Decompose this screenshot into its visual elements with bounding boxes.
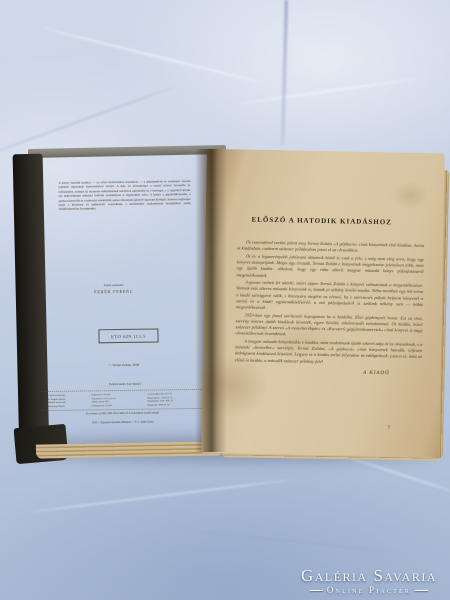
preface-heading: ELŐSZÓ A HATODIK KIADÁSHOZ (252, 216, 402, 227)
imprint-line: Romhányi Károly (34, 405, 78, 409)
preface-paragraph: A magyar műszaki könyvkiadás e kiadást, … (235, 338, 422, 366)
fabric-crease (180, 529, 399, 554)
left-page-paragraph: A könyv hatodik kiadása — az előző kiadá… (58, 179, 190, 212)
preface-body: Öt esztendővel ezelőtt jelent meg Ternai… (235, 239, 425, 378)
publisher-signature: A KIADÓ (235, 368, 422, 378)
watermark-subtitle-row: Online Piactér (301, 585, 437, 595)
imprint-column-print-specs: Papírméret: 70×100 Terjedelem: 35¾ (A/5)… (91, 393, 143, 409)
publisher-line: Felelős kiadó: Solt Sándor (109, 382, 141, 386)
preface-paragraph: 1953-ban egy fiatal szerkesztő kopogtato… (235, 312, 422, 340)
imprint-line: Példányszám: 25 000 (91, 404, 143, 408)
right-page: ELŐSZÓ A HATODIK KIADÁSHOZ Öt esztendőve… (201, 149, 445, 458)
watermark-title: Galéria Savaria (301, 567, 437, 585)
watermark-rule (415, 590, 428, 591)
eto-code-box: ETO 629.113.5 (98, 328, 158, 343)
fabric-crease (241, 77, 420, 104)
watermark-subtitle: Online Piactér (327, 585, 411, 595)
standards-line: Ez a könyv az MSZ 5601-54 és 5602-55 Á s… (44, 411, 202, 416)
watermark: Galéria Savaria Online Piactér (301, 567, 437, 595)
fabric-crease (31, 479, 289, 513)
watermark-rule (310, 590, 323, 591)
page-number: 5 (388, 424, 390, 429)
fabric-crease (43, 27, 267, 85)
preface-paragraph: Öt év a legszerényebb jubileumi dátumok … (236, 253, 423, 281)
left-page: A könyv hatodik kiadása — az előző kiadá… (30, 152, 212, 450)
editor-block: Felelős szerkesztő: FEHÉR FERENC (84, 284, 144, 294)
open-book: A könyv hatodik kiadása — az előző kiadá… (14, 146, 444, 468)
book-gutter-shadow (195, 149, 227, 452)
photo-background: { "scene": { "description": "Open vintag… (0, 0, 450, 600)
printer-line: 1958 — Egyetemi Nyomda, Budapest — F. v.… (44, 420, 202, 425)
imprint-column-editors: Felelős szerkesztő: dr. Terplán Sándor M… (34, 394, 78, 409)
fabric-seam-line (281, 0, 288, 145)
copyright-line: © Ternai Zoltán, 1958 (109, 363, 139, 367)
editor-label: Felelős szerkesztő: (84, 284, 144, 288)
preface-paragraph: Jogosan vetheti fel akárki, miért éppen … (236, 280, 424, 315)
editor-name: FEHÉR FERENC (84, 289, 144, 294)
